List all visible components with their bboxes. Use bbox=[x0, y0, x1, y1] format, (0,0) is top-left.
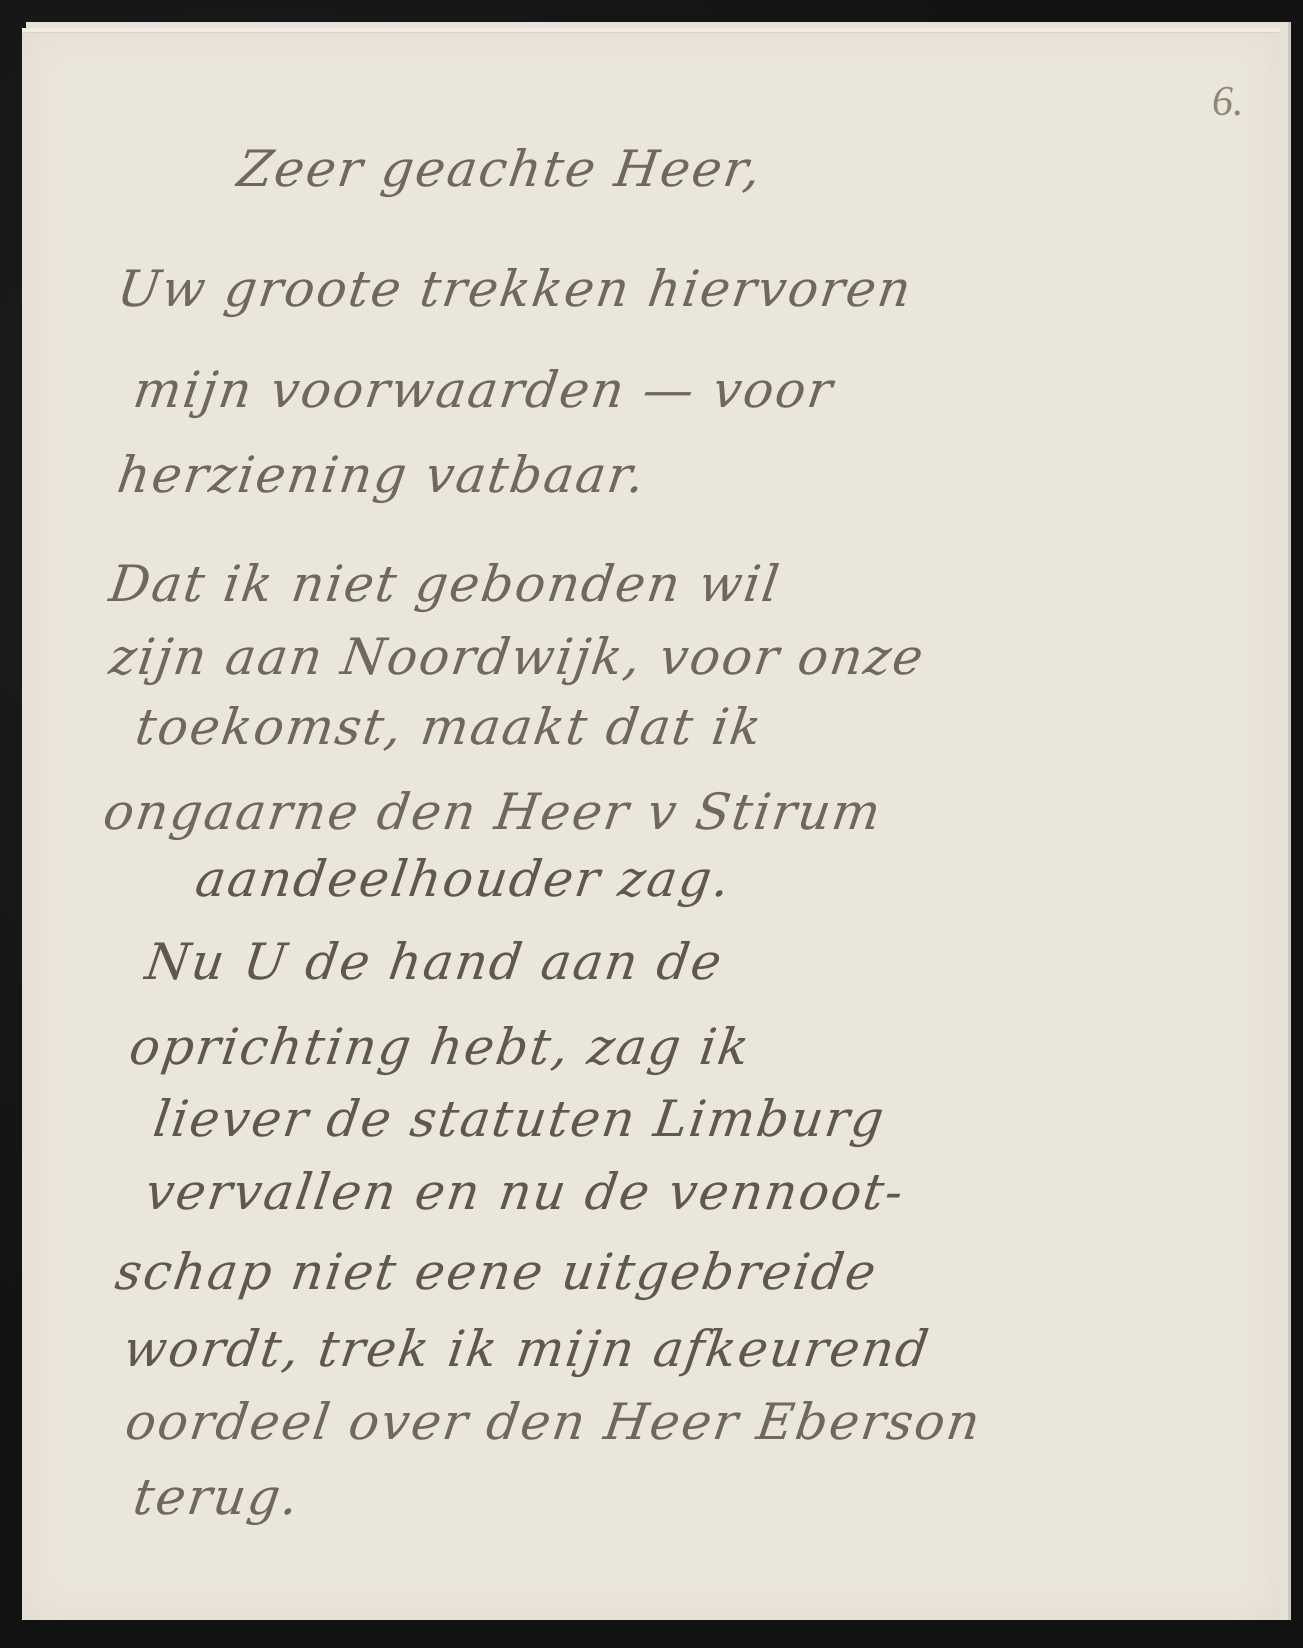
letter-line: herziening vatbaar. bbox=[114, 446, 650, 504]
letter-line: schap niet eene uitgebreide bbox=[112, 1243, 881, 1301]
letter-page: 6. Zeer geachte Heer, Uw groote trekken … bbox=[22, 28, 1280, 1620]
letter-line: aandeelhouder zag. bbox=[192, 850, 735, 908]
page-top-edge bbox=[22, 28, 1280, 33]
letter-line: terug. bbox=[130, 1468, 304, 1526]
letter-line: mijn voorwaarden — voor bbox=[130, 361, 838, 419]
letter-line: liever de statuten Limburg bbox=[150, 1090, 889, 1148]
letter-line: Nu U de hand aan de bbox=[142, 933, 727, 991]
letter-line: toekomst, maakt dat ik bbox=[132, 698, 767, 756]
salutation: Zeer geachte Heer, bbox=[234, 140, 766, 198]
letter-line: Dat ik niet gebonden wil bbox=[106, 555, 784, 613]
letter-line: vervallen en nu de vennoot- bbox=[142, 1163, 909, 1221]
letter-line: oprichting hebt, zag ik bbox=[126, 1018, 755, 1076]
page-number: 6. bbox=[1212, 78, 1244, 126]
letter-line: ongaarne den Heer v Stirum bbox=[100, 783, 886, 841]
letter-line: Uw groote trekken hiervoren bbox=[114, 260, 916, 318]
letter-line: wordt, trek ik mijn afkeurend bbox=[120, 1320, 934, 1378]
letter-line: zijn aan Noordwijk, voor onze bbox=[106, 628, 929, 686]
letter-line: oordeel over den Heer Eberson bbox=[122, 1393, 985, 1451]
